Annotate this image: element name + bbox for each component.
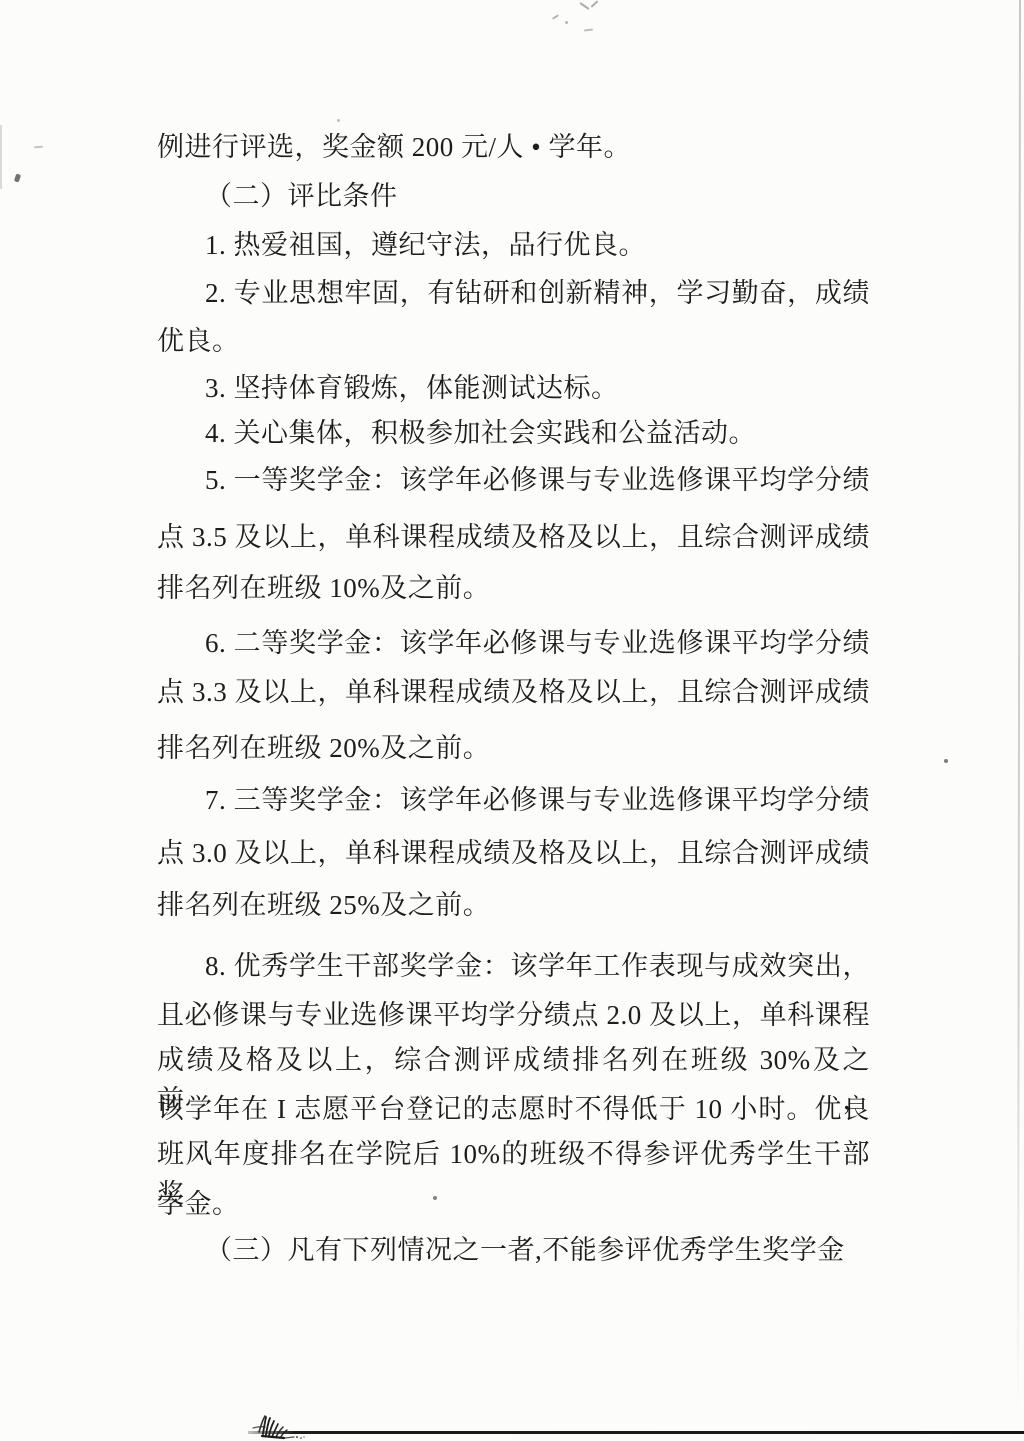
scan-edge-line-right bbox=[1017, 0, 1021, 1420]
text-line: 3. 坚持体育锻炼，体能测试达标。 bbox=[157, 368, 870, 408]
text-line: 8. 优秀学生干部奖学金：该学年工作表现与成效突出， bbox=[157, 946, 870, 986]
text-line: 4. 关心集体，积极参加社会实践和公益活动。 bbox=[157, 413, 870, 453]
text-line: 点 3.5 及以上，单科课程成绩及格及以上，且综合测评成绩 bbox=[157, 517, 870, 557]
ink-smudge bbox=[579, 2, 589, 10]
text-line: 该学年在 I 志愿平台登记的志愿时不得低于 10 小时。优良 bbox=[157, 1089, 870, 1129]
text-line: 1. 热爱祖国，遵纪守法，品行优良。 bbox=[157, 225, 870, 265]
ink-speck bbox=[14, 173, 21, 182]
text-line: 学金。 bbox=[157, 1184, 870, 1224]
text-line: 例进行评选，奖金额 200 元/人 • 学年。 bbox=[157, 127, 870, 167]
text-line: 排名列在班级 20%及之前。 bbox=[157, 728, 870, 768]
ink-tuft-scribble bbox=[250, 1412, 306, 1440]
text-line: 且必修课与专业选修课平均学分绩点 2.0 及以上，单科课程 bbox=[157, 995, 870, 1035]
ink-smudge bbox=[34, 146, 43, 149]
text-line: 排名列在班级 25%及之前。 bbox=[157, 885, 870, 925]
ink-smudge bbox=[552, 14, 559, 19]
text-line: 点 3.3 及以上，单科课程成绩及格及以上，且综合测评成绩 bbox=[157, 672, 870, 712]
text-line: 5. 一等奖学金：该学年必修课与专业选修课平均学分绩 bbox=[157, 460, 870, 500]
document-page: 例进行评选，奖金额 200 元/人 • 学年。 （二）评比条件 1. 热爱祖国，… bbox=[0, 0, 1024, 1441]
text-line: 6. 二等奖学金：该学年必修课与专业选修课平均学分绩 bbox=[157, 623, 870, 663]
ink-smudge bbox=[584, 29, 593, 32]
text-line: 班风年度排名在学院后 10%的班级不得参评优秀学生干部奖 bbox=[157, 1134, 870, 1174]
ink-speck bbox=[565, 21, 568, 24]
scan-bottom-rule bbox=[248, 1431, 1024, 1434]
text-line: 优良。 bbox=[157, 321, 870, 361]
ink-smudge bbox=[590, 0, 598, 8]
section-heading: （三）凡有下列情况之一者,不能参评优秀学生奖学金 bbox=[157, 1230, 870, 1270]
scan-edge-line-left bbox=[0, 125, 2, 189]
ink-speck bbox=[944, 759, 948, 763]
ink-speck bbox=[337, 119, 340, 122]
text-line: 点 3.0 及以上，单科课程成绩及格及以上，且综合测评成绩 bbox=[157, 833, 870, 873]
text-line: 7. 三等奖学金：该学年必修课与专业选修课平均学分绩 bbox=[157, 780, 870, 820]
section-heading: （二）评比条件 bbox=[157, 176, 870, 216]
ink-speck bbox=[433, 1196, 437, 1200]
text-line: 2. 专业思想牢固，有钻研和创新精神，学习勤奋，成绩 bbox=[157, 273, 870, 313]
text-line: 成绩及格及以上，综合测评成绩排名列在班级 30%及之前， bbox=[157, 1040, 870, 1080]
text-line: 排名列在班级 10%及之前。 bbox=[157, 568, 870, 608]
